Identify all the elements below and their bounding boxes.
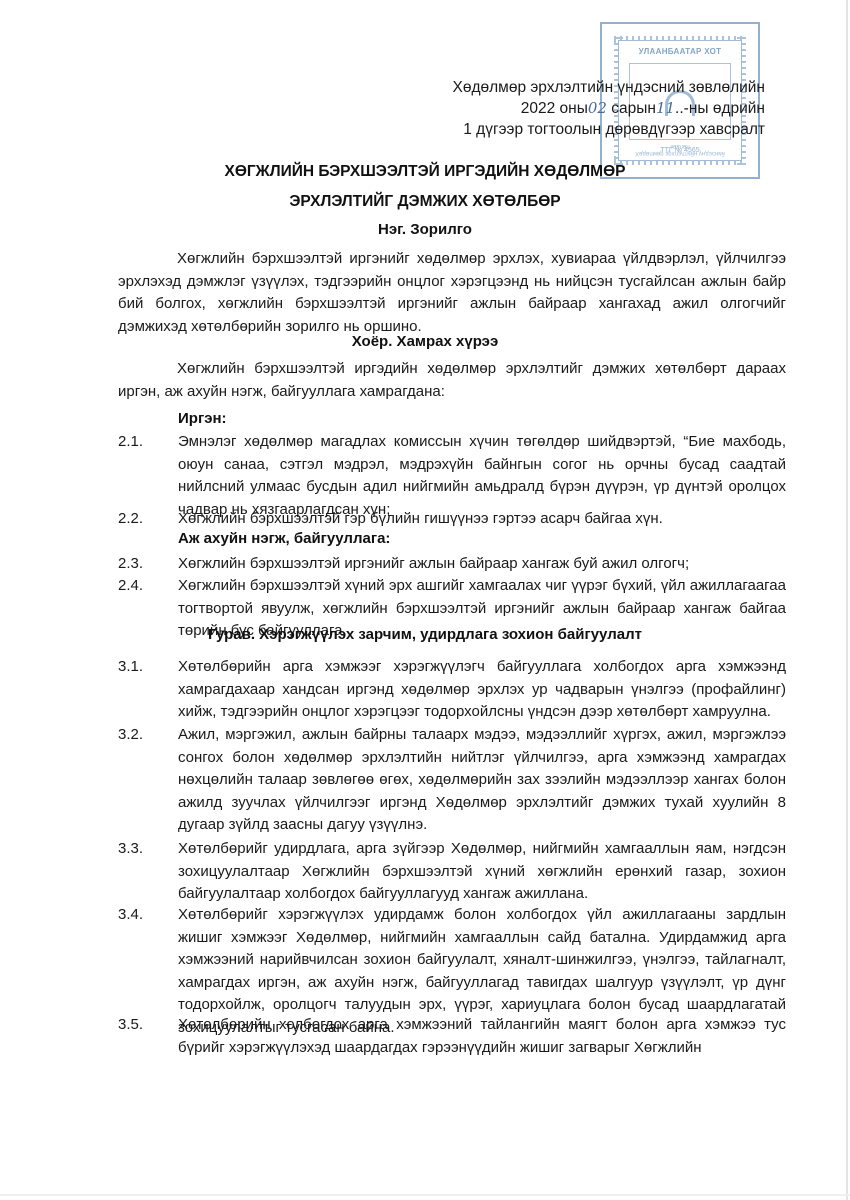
item-number: 3.4. bbox=[118, 904, 168, 927]
list-item: 3.2. Ажил, мэргэжил, ажлын байрны талаар… bbox=[118, 724, 786, 837]
list-item: 2.2. Хөгжлийн бэрхшээлтэй гэр бүлийн гиш… bbox=[118, 508, 786, 531]
stamp-registration: ТТГ № 4565 bbox=[619, 147, 741, 154]
item-number: 2.1. bbox=[118, 431, 168, 454]
list-item: 3.3. Хөтөлбөрийг удирдлага, арга зүйгээр… bbox=[118, 838, 786, 906]
section-heading-principles: Гурав. Хэрэгжүүлэх зарчим, удирдлага зох… bbox=[0, 626, 850, 643]
document-title-line-1: ХӨГЖЛИЙН БЭРХШЭЭЛТЭЙ ИРГЭДИЙН ХӨДӨЛМӨР bbox=[0, 163, 850, 181]
list-item: 3.1. Хөтөлбөрийн арга хэмжээг хэрэгжүүлэ… bbox=[118, 656, 786, 724]
item-number: 2.3. bbox=[118, 553, 168, 576]
item-text: Хөтөлбөрийн холбогдох арга хэмжээний тай… bbox=[178, 1014, 786, 1059]
annex-line-2: 2022 оны02 сарын11..-ны өдрийн bbox=[453, 98, 765, 119]
section-heading-scope: Хоёр. Хамрах хүрээ bbox=[0, 333, 850, 350]
section-heading-goal: Нэг. Зорилго bbox=[0, 221, 850, 238]
list-item: 2.3. Хөгжлийн бэрхшээлтэй иргэнийг ажлын… bbox=[118, 553, 786, 576]
document-title-line-2: ЭРХЛЭЛТИЙГ ДЭМЖИХ ХӨТӨЛБӨР bbox=[0, 193, 850, 211]
subheading-entity: Аж ахуйн нэгж, байгууллага: bbox=[178, 530, 390, 547]
item-number: 2.4. bbox=[118, 575, 168, 598]
item-text: Ажил, мэргэжил, ажлын байрны талаарх мэд… bbox=[178, 724, 786, 837]
subheading-citizen: Иргэн: bbox=[178, 410, 227, 427]
annex-year: 2022 оны bbox=[521, 100, 588, 117]
item-number: 3.5. bbox=[118, 1014, 168, 1037]
annex-day-label: ..-ны өдрийн bbox=[675, 100, 765, 117]
annex-line-3: 1 дүгээр тогтоолын дөрөвдүгээр хавсралт bbox=[453, 119, 765, 140]
handwritten-month: 02 bbox=[588, 99, 607, 117]
item-number: 3.1. bbox=[118, 656, 168, 679]
document-page: УЛААНБААТАР ХОТ Хөдөлмөр эрхлэлтийн үндэ… bbox=[0, 0, 850, 1200]
page-edge bbox=[0, 1194, 850, 1196]
item-text: Хөгжлийн бэрхшээлтэй гэр бүлийн гишүүнээ… bbox=[178, 508, 786, 531]
item-text: Хөтөлбөрийн арга хэмжээг хэрэгжүүлэгч ба… bbox=[178, 656, 786, 724]
item-number: 2.2. bbox=[118, 508, 168, 531]
section-scope-paragraph: Хөгжлийн бэрхшээлтэй иргэдийн хөдөлмөр э… bbox=[118, 358, 786, 403]
annex-note: Хөдөлмөр эрхлэлтийн үндэсний зөвлөлийн 2… bbox=[453, 77, 765, 140]
annex-month-label: сарын bbox=[607, 100, 656, 117]
handwritten-day: 11 bbox=[656, 99, 675, 117]
annex-line-1: Хөдөлмөр эрхлэлтийн үндэсний зөвлөлийн bbox=[453, 77, 765, 98]
section-goal-paragraph: Хөгжлийн бэрхшээлтэй иргэнийг хөдөлмөр э… bbox=[118, 248, 786, 338]
list-item: 3.5. Хөтөлбөрийн холбогдох арга хэмжээни… bbox=[118, 1014, 786, 1059]
item-number: 3.2. bbox=[118, 724, 168, 747]
item-number: 3.3. bbox=[118, 838, 168, 861]
stamp-city: УЛААНБААТАР ХОТ bbox=[619, 47, 741, 56]
item-text: Хөгжлийн бэрхшээлтэй иргэнийг ажлын байр… bbox=[178, 553, 786, 576]
item-text: Хөтөлбөрийг удирдлага, арга зүйгээр Хөдө… bbox=[178, 838, 786, 906]
